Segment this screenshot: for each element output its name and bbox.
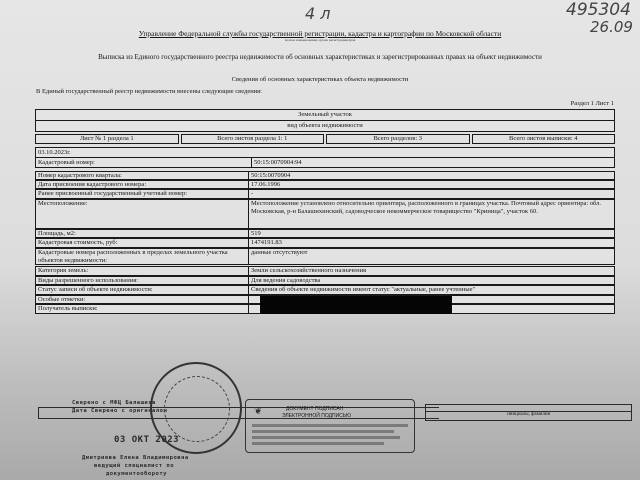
electronic-signature-stamp: ❦ ДОКУМЕНТ ПОДПИСАН ЭЛЕКТРОННОЙ ПОДПИСЬЮ: [245, 399, 415, 453]
sheet-info-row: Лист № 1 раздела 1 Всего листов раздела …: [35, 134, 615, 144]
row-label: Кадастровая стоимость, руб:: [36, 239, 249, 247]
row-label: Площадь, м2:: [36, 230, 249, 237]
e-signature-line-1: ДОКУМЕНТ ПОДПИСАН: [286, 406, 343, 412]
clerk-name: Дмитриева Елена Владимировна: [82, 455, 189, 461]
emblem-icon: ❦: [254, 406, 262, 417]
document-title: Выписка из Единого государственного реес…: [0, 53, 640, 61]
table-row: Площадь, м2: 519: [35, 229, 615, 238]
row-label: Кадастровые номера расположенных в преде…: [36, 249, 249, 264]
clerk-position: ведущий специалист по: [94, 463, 174, 469]
stamp-line-1: Сверено с МФЦ Балашиха: [72, 400, 156, 406]
document-subtitle: Сведения об основных характеристиках объ…: [0, 76, 640, 83]
row-label: Местоположение:: [36, 200, 249, 228]
row-label: Ранее присвоенный государственный учетны…: [36, 190, 249, 198]
object-type: Земельный участок: [36, 110, 614, 121]
row-label: Категория земель:: [36, 267, 249, 275]
object-type-caption: вид объекта недвижимости: [36, 121, 614, 131]
section-sheets-total: Всего листов раздела 1: 1: [181, 134, 325, 144]
row-value: Земли сельскохозяйственного назначения: [249, 267, 614, 275]
row-value: 17.06.1996: [249, 181, 614, 188]
table-row: Виды разрешенного использования: Для вед…: [35, 276, 615, 285]
row-value: 519: [249, 230, 614, 237]
table-row: Ранее присвоенный государственный учетны…: [35, 189, 615, 199]
cadastral-number-label: Кадастровый номер:: [36, 158, 252, 167]
cadastral-number-value: 50:15:0070904:94: [252, 158, 304, 167]
intro-text: В Единый государственный реестр недвижим…: [36, 88, 262, 95]
row-label: Номер кадастрового квартала:: [36, 172, 249, 179]
extract-sheets-total: Всего листов выписки: 4: [472, 134, 616, 144]
table-row: Местоположение: Местоположение установле…: [35, 199, 615, 229]
redacted-recipient: [260, 296, 452, 314]
clerk-department: документообороту: [106, 471, 167, 477]
table-row: Дата присвоения кадастрового номера: 17.…: [35, 180, 615, 189]
table-row: Кадастровые номера расположенных в преде…: [35, 248, 615, 265]
row-value: 1474191.83: [249, 239, 614, 247]
initials-caption: инициалы, фамилия: [426, 412, 631, 417]
table-row: Статус записи об объекте недвижимости: С…: [35, 285, 615, 295]
row-value: -: [249, 190, 614, 198]
extract-date: 03.10.2023г.: [36, 148, 614, 158]
round-seal-stamp: [150, 362, 242, 454]
object-type-box: Земельный участок вид объекта недвижимос…: [35, 109, 615, 132]
e-signature-line-2: ЭЛЕКТРОННОЙ ПОДПИСЬЮ: [282, 413, 351, 419]
row-label: Особые отметки:: [36, 296, 249, 303]
organization-name: Управление Федеральной службы государств…: [0, 29, 640, 38]
row-value: данные отсутствуют: [249, 249, 614, 264]
handwritten-sheet-note: 4 л: [305, 4, 331, 23]
row-value: Местоположение установлено относительно …: [249, 200, 614, 228]
row-label: Дата присвоения кадастрового номера:: [36, 181, 249, 188]
table-row: Категория земель: Земли сельскохозяйстве…: [35, 266, 615, 276]
row-label: Виды разрешенного использования:: [36, 277, 249, 284]
date-cadastral-box: 03.10.2023г. Кадастровый номер: 50:15:00…: [35, 147, 615, 168]
sections-total: Всего разделов: 3: [326, 134, 470, 144]
sheet-number: Лист № 1 раздела 1: [35, 134, 179, 144]
signature-line-right: инициалы, фамилия: [425, 404, 632, 421]
handwritten-number: 495304: [566, 0, 631, 20]
row-label: Получатель выписки:: [36, 305, 249, 313]
row-label: Статус записи об объекте недвижимости:: [36, 286, 249, 294]
organization-caption: полное наименование органа регистрации п…: [0, 38, 640, 42]
section-reference: Раздел 1 Лист 1: [571, 100, 614, 107]
row-value: 50:15:0070904: [249, 172, 614, 179]
table-row: Кадастровая стоимость, руб: 1474191.83: [35, 238, 615, 248]
row-value: Сведения об объекте недвижимости имеют с…: [249, 286, 614, 294]
table-row: Номер кадастрового квартала: 50:15:00709…: [35, 171, 615, 180]
row-value: Для ведения садоводства: [249, 277, 614, 284]
